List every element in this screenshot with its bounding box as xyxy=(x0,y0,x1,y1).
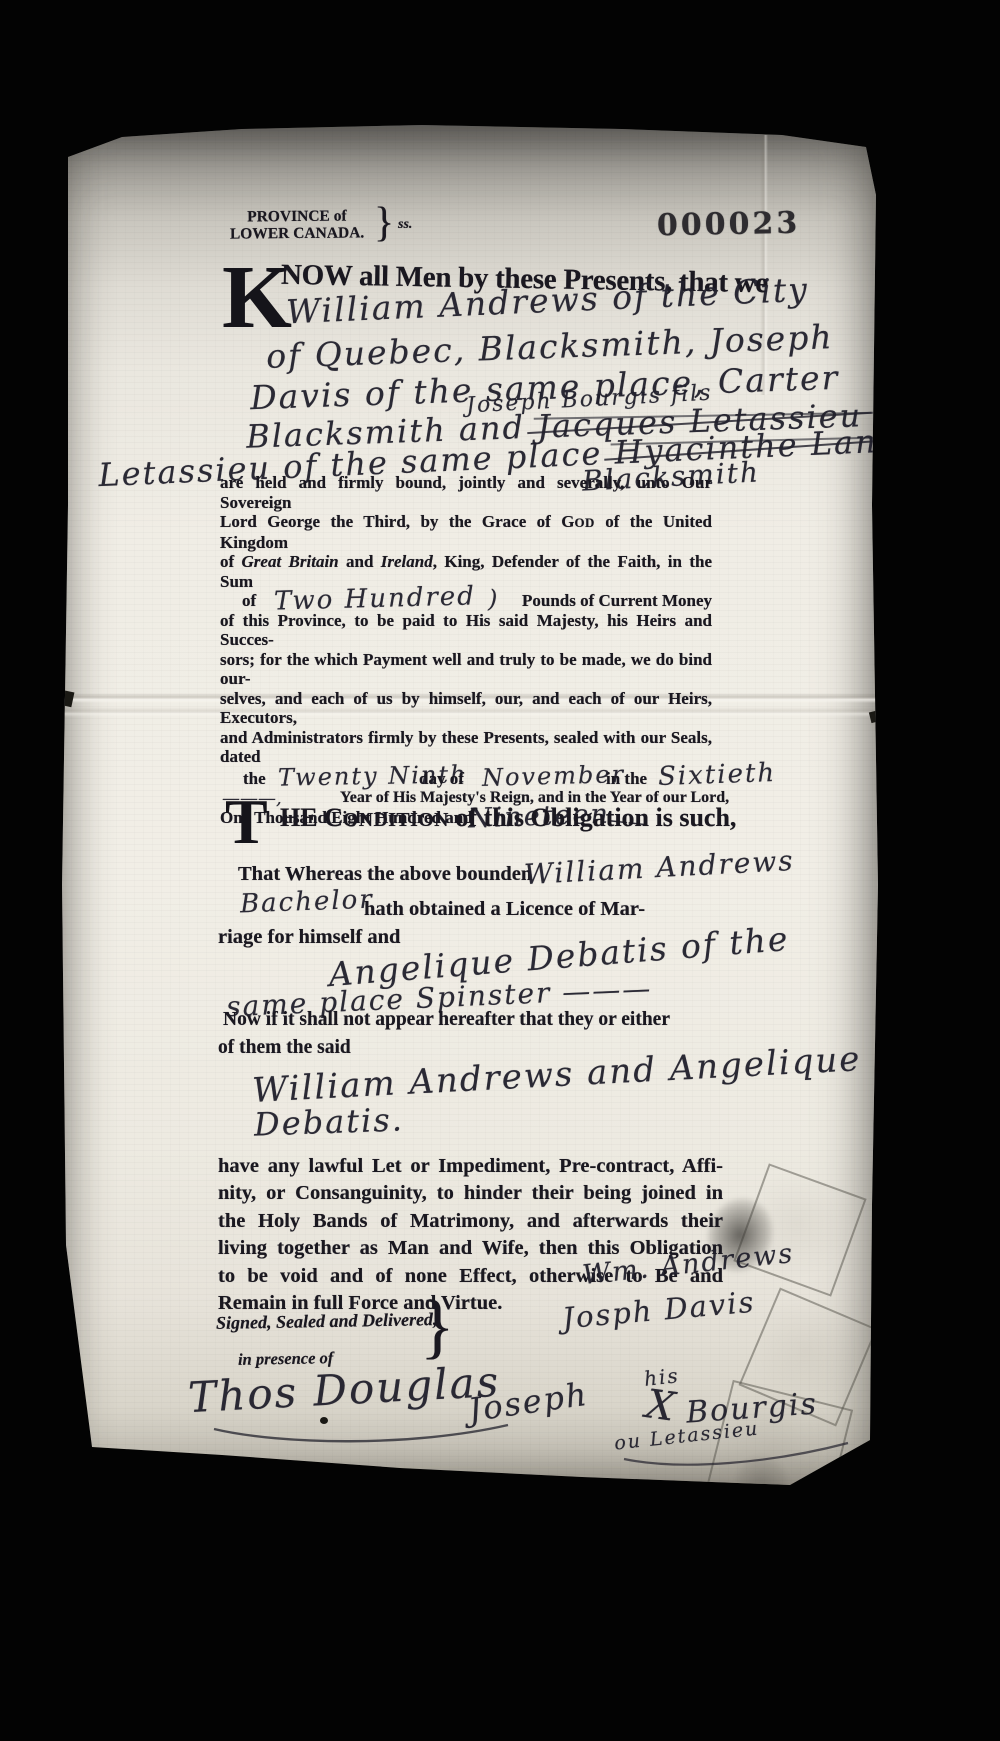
bond-line-9-inthe: in the xyxy=(606,769,647,789)
bond-line-4-of: of xyxy=(242,591,256,611)
bond-paragraph: are held and firmly bound, jointly and s… xyxy=(220,473,712,827)
mark-x: X xyxy=(643,1381,678,1431)
condition-heading-lead: HE C xyxy=(280,803,343,832)
header-brace: } xyxy=(374,199,394,247)
bond-line-3-italic-2: Ireland xyxy=(381,552,433,571)
condition-nowif-line-1: Now if it shall not appear hereafter tha… xyxy=(223,1009,670,1031)
edge-notch-right xyxy=(869,710,882,723)
bond-line-6: sors; for the which Payment well and tru… xyxy=(220,650,712,689)
bond-line-5: of this Province, to be paid to His said… xyxy=(220,611,712,650)
document-paper: PROVINCE of LOWER CANADA. } ss. 000023 K… xyxy=(62,125,878,1487)
closing-line-3: the Holy Bands of Matrimony, and afterwa… xyxy=(218,1208,723,1235)
bond-line-1: are held and firmly bound, jointly and s… xyxy=(220,473,712,512)
condition-heading-tail: of this Obligation is such, xyxy=(449,803,737,832)
hw-bounden-name: William Andrews xyxy=(523,844,795,891)
attestation-signed-sealed: Signed, Sealed and Delivered, xyxy=(216,1309,438,1334)
hw-bachelor: Bachelor xyxy=(240,885,375,920)
dropcap-T: T xyxy=(225,797,268,847)
closing-paragraph: have any lawful Let or Impediment, Pre-c… xyxy=(218,1153,723,1317)
mark-flourish xyxy=(622,1441,852,1467)
header-ss-label: ss. xyxy=(398,217,412,233)
edge-notch-left xyxy=(59,690,75,707)
bond-line-3c: and xyxy=(339,552,381,571)
bond-line-2-smallcaps: OD xyxy=(574,515,594,530)
condition-nowif-line-2: of them the said xyxy=(218,1037,351,1059)
bond-line-2a: Lord George the Third, by the Grace of G xyxy=(220,512,574,531)
serial-number-stamp: 000023 xyxy=(657,206,801,243)
province-line-2: LOWER CANADA. xyxy=(222,224,372,242)
bond-line-3a: of xyxy=(220,552,242,571)
condition-licence-line-2: riage for himself and xyxy=(218,926,400,949)
bond-line-3-italic-1: Great Britain xyxy=(242,552,339,571)
province-header: PROVINCE of LOWER CANADA. xyxy=(222,207,372,242)
witness-flourish xyxy=(212,1421,512,1443)
hw-sum: Two Hundred xyxy=(274,581,477,616)
condition-licence-line-1: hath obtained a Licence of Mar- xyxy=(364,898,645,921)
bond-line-7: selves, and each of us by himself, our, … xyxy=(220,689,712,728)
closing-line-2: nity, or Consanguinity, to hinder their … xyxy=(218,1180,723,1207)
bond-line-4: of Two Hundred ) Pounds of Current Money xyxy=(220,591,712,611)
condition-heading: HE CONDITION of this Obligation is such, xyxy=(280,803,736,833)
closing-line-1: have any lawful Let or Impediment, Pre-c… xyxy=(218,1153,723,1180)
hw-parties-line-2: Debatis. xyxy=(253,1100,404,1143)
hw-sum-paren: ) xyxy=(488,585,499,613)
bond-line-2: Lord George the Third, by the Grace of G… xyxy=(220,512,712,552)
scanned-page-background: PROVINCE of LOWER CANADA. } ss. 000023 K… xyxy=(0,0,1000,1741)
hw-regnal-year: Sixtieth xyxy=(658,757,777,791)
attestation-brace: } xyxy=(420,1285,455,1368)
province-line-1: PROVINCE of xyxy=(222,207,372,225)
condition-heading-smallcaps: ONDITION xyxy=(343,809,449,831)
signature-witness-douglas: Thos Douglas xyxy=(187,1357,501,1422)
bond-line-4-pounds: Pounds of Current Money xyxy=(522,591,712,611)
condition-whereas-line: That Whereas the above bounden xyxy=(238,863,532,886)
bond-line-9: the Twenty Ninth day of November in the … xyxy=(220,767,712,788)
bond-line-9-dayof: day of xyxy=(419,769,464,789)
